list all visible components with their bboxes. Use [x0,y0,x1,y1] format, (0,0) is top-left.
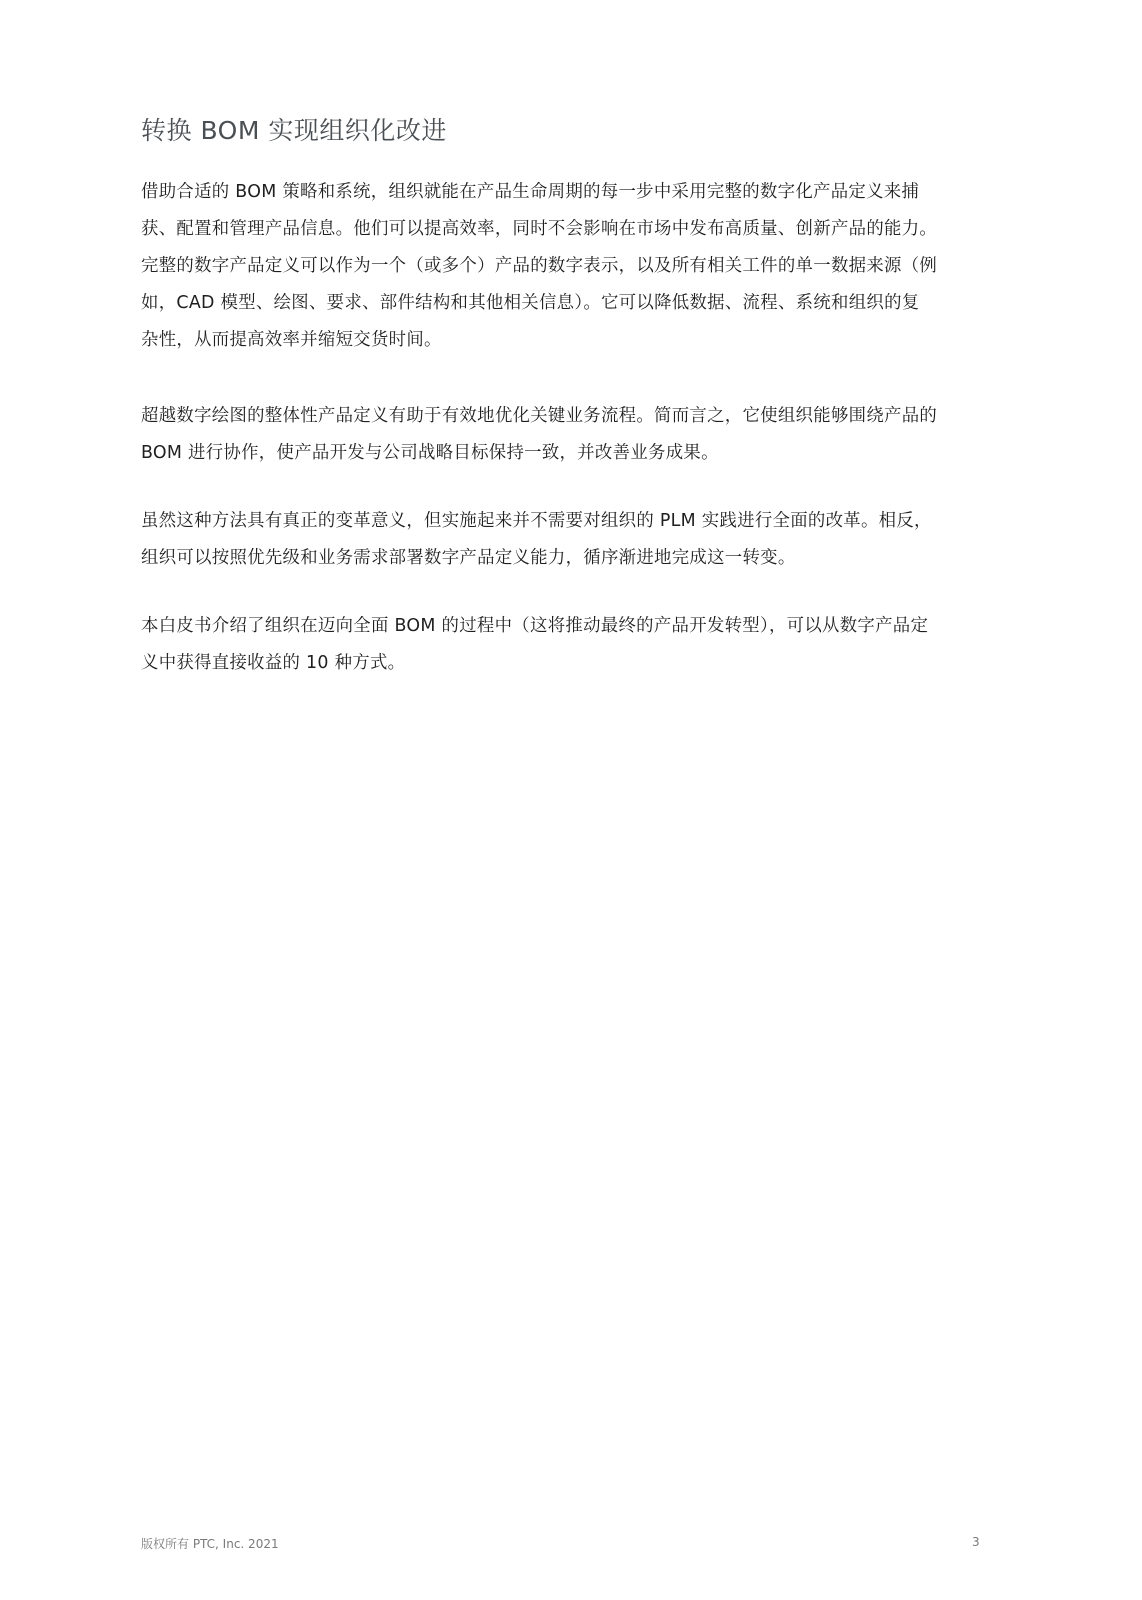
document-page: 转换 BOM 实现组织化改进 借助合适的 BOM 策略和系统，组织就能在产品生命… [0,0,1142,1600]
page-number: 3 [972,1535,980,1549]
text-line: 借助合适的 BOM 策略和系统，组织就能在产品生命周期的每一步中采用完整的数字化… [141,174,986,211]
text-line: 获、配置和管理产品信息。他们可以提高效率，同时不会影响在市场中发布高质量、创新产… [141,211,986,248]
page-title: 转换 BOM 实现组织化改进 [141,113,447,149]
footer-copyright: 版权所有 PTC, Inc. 2021 [141,1535,279,1552]
text-line: 杂性，从而提高效率并缩短交货时间。 [141,322,986,359]
paragraph-intro: 借助合适的 BOM 策略和系统，组织就能在产品生命周期的每一步中采用完整的数字化… [141,174,986,359]
text-line: 组织可以按照优先级和业务需求部署数字产品定义能力，循序渐进地完成这一转变。 [141,540,986,577]
text-line: 虽然这种方法具有真正的变革意义，但实施起来并不需要对组织的 PLM 实践进行全面… [141,503,986,540]
text-line: 本白皮书介绍了组织在迈向全面 BOM 的过程中（这将推动最终的产品开发转型），可… [141,608,986,645]
paragraph-holistic-definition: 超越数字绘图的整体性产品定义有助于有效地优化关键业务流程。简而言之，它使组织能够… [141,398,986,472]
text-line: 如，CAD 模型、绘图、要求、部件结构和其他相关信息）。它可以降低数据、流程、系… [141,285,986,322]
text-line: BOM 进行协作，使产品开发与公司战略目标保持一致，并改善业务成果。 [141,435,986,472]
paragraph-transformation: 虽然这种方法具有真正的变革意义，但实施起来并不需要对组织的 PLM 实践进行全面… [141,503,986,577]
paragraph-whitepaper-summary: 本白皮书介绍了组织在迈向全面 BOM 的过程中（这将推动最终的产品开发转型），可… [141,608,986,682]
text-line: 完整的数字产品定义可以作为一个（或多个）产品的数字表示，以及所有相关工件的单一数… [141,248,986,285]
text-line: 义中获得直接收益的 10 种方式。 [141,645,986,682]
text-line: 超越数字绘图的整体性产品定义有助于有效地优化关键业务流程。简而言之，它使组织能够… [141,398,986,435]
